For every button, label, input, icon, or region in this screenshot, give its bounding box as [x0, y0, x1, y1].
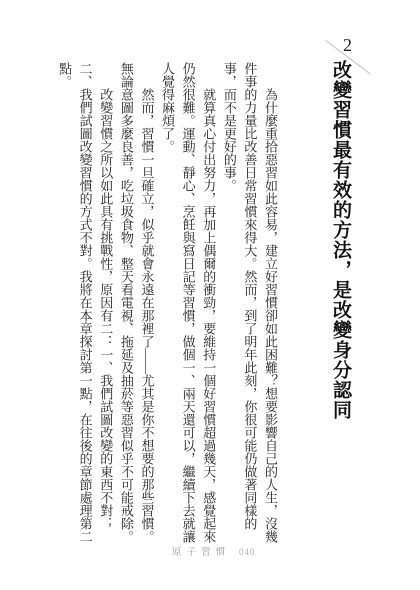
body-text: 為什麼重拾惡習如此容易，建立好習慣卻如此困難？想要影響自己的人生，沒幾件事的力量…	[53, 62, 280, 550]
page-number: 040	[239, 547, 256, 557]
chapter-title: 改變習慣最有效的方法，是改變身分認同	[329, 60, 352, 440]
book-page: 2 改變習慣最有效的方法，是改變身分認同 為什麼重拾惡習如此容易，建立好習慣卻如…	[0, 0, 420, 590]
chapter-number: 2	[343, 36, 352, 54]
running-book-title: 原子習慣	[172, 544, 230, 558]
paragraph-4: 改變習慣之所以如此具有挑戰性，原因有二：一、我們試圖改變的東西不對；二、我們試圖…	[53, 62, 115, 550]
paragraph-1: 為什麼重拾惡習如此容易，建立好習慣卻如此困難？想要影響自己的人生，沒幾件事的力量…	[218, 62, 280, 550]
page-footer: 原子習慣 040	[172, 544, 256, 558]
paragraph-2: 就算真心付出努力，再加上偶爾的衝勁，要維持一個好習慣超過幾天，感覺起來仍然很難。…	[156, 62, 218, 550]
paragraph-3: 然而，習慣一旦確立，似乎就會永遠在那裡了——尤其是你不想要的那些習慣。無論意圖多…	[115, 62, 156, 550]
